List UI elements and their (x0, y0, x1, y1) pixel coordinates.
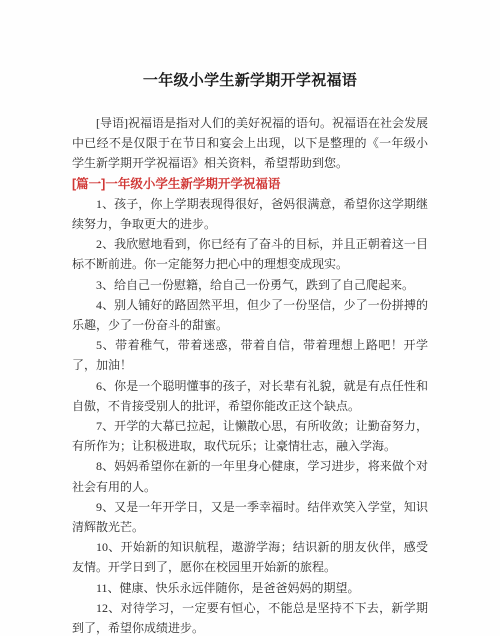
blessing-item-2: 2、我欣慰地看到，你已经有了奋斗的目标，并且正朝着这一目标不断前进。你一定能努力… (72, 234, 428, 274)
blessing-item-5: 5、带着稚气，带着迷惑，带着自信，带着理想上路吧！开学了，加油！ (72, 335, 428, 375)
blessing-item-4: 4、别人铺好的路固然平坦，但少了一份坚信，少了一份拼搏的乐趣，少了一份奋斗的甜蜜… (72, 295, 428, 335)
blessing-item-3: 3、给自己一份慰籍，给自己一份勇气，跌到了自己爬起来。 (72, 275, 428, 295)
document-body: [导语]祝福语是指对人们的美好祝福的语句。祝福语在社会发展中已经不是仅限于在节日… (72, 113, 428, 636)
blessing-item-8: 8、妈妈希望你在新的一年里身心健康，学习进步，将来做个对社会有用的人。 (72, 456, 428, 496)
blessing-item-6: 6、你是一个聪明懂事的孩子，对长辈有礼貌，就是有点任性和自傲，不肯接受别人的批评… (72, 376, 428, 416)
blessing-item-7: 7、开学的大幕已拉起，让懒散心思，有所收敛；让勤奋努力，有所作为；让积极进取，取… (72, 416, 428, 456)
blessing-item-10: 10、开始新的知识航程，遨游学海；结识新的朋友伙伴，感受友情。开学日到了，愿你在… (72, 537, 428, 577)
section-heading: [篇一]一年级小学生新学期开学祝福语 (72, 174, 428, 194)
blessing-item-9: 9、又是一年开学日，又是一季幸福时。结伴欢笑入学堂，知识清辉散光芒。 (72, 497, 428, 537)
document-page: 一年级小学生新学期开学祝福语 [导语]祝福语是指对人们的美好祝福的语句。祝福语在… (0, 0, 500, 636)
blessing-item-1: 1、孩子，你上学期表现得很好，爸妈很满意，希望你这学期继续努力，争取更大的进步。 (72, 194, 428, 234)
blessing-item-11: 11、健康、快乐永远伴随你，是爸爸妈妈的期望。 (72, 578, 428, 598)
intro-paragraph: [导语]祝福语是指对人们的美好祝福的语句。祝福语在社会发展中已经不是仅限于在节日… (72, 113, 428, 174)
blessing-item-12: 12、对待学习，一定要有恒心，不能总是坚持不下去，新学期到了，希望你成绩进步。 (72, 598, 428, 636)
document-title: 一年级小学生新学期开学祝福语 (0, 0, 500, 90)
